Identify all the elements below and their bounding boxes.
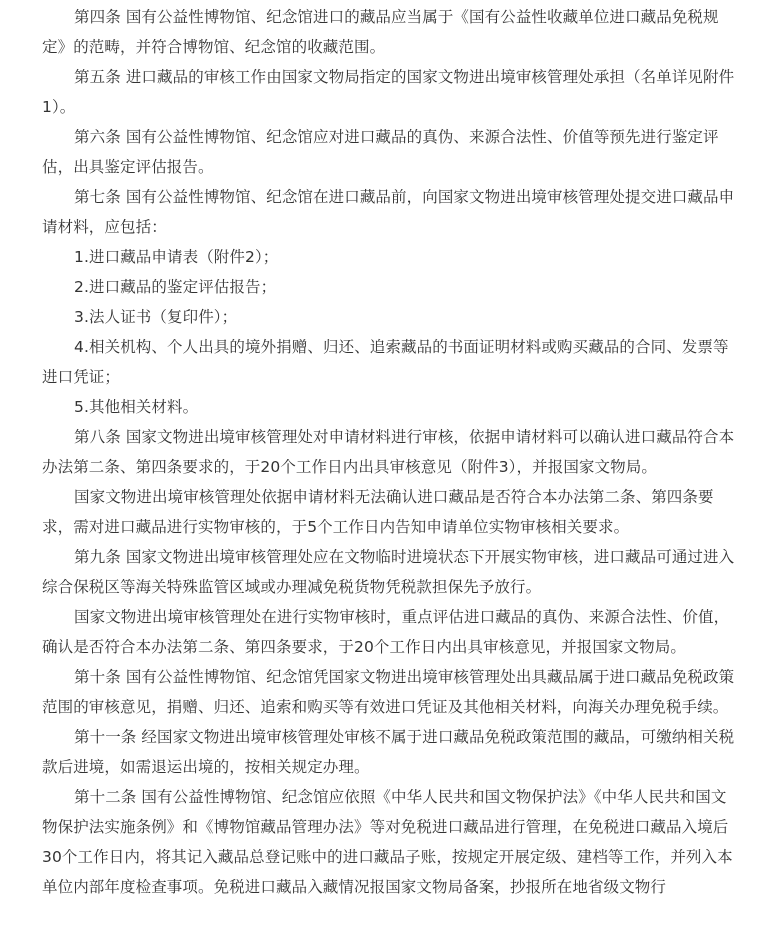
article-body: 第四条 国有公益性博物馆、纪念馆进口的藏品应当属于《国有公益性收藏单位进口藏品免… (42, 2, 742, 902)
list-item-5: 5.其他相关材料。 (42, 392, 742, 422)
list-item-4: 4.相关机构、个人出具的境外捐赠、归还、追索藏品的书面证明材料或购买藏品的合同、… (42, 332, 742, 392)
paragraph-article-12: 第十二条 国有公益性博物馆、纪念馆应依照《中华人民共和国文物保护法》《中华人民共… (42, 782, 742, 902)
list-item-1: 1.进口藏品申请表（附件2）； (42, 242, 742, 272)
paragraph-article-6: 第六条 国有公益性博物馆、纪念馆应对进口藏品的真伪、来源合法性、价值等预先进行鉴… (42, 122, 742, 182)
paragraph-article-4: 第四条 国有公益性博物馆、纪念馆进口的藏品应当属于《国有公益性收藏单位进口藏品免… (42, 2, 742, 62)
paragraph-article-8-cont: 国家文物进出境审核管理处依据申请材料无法确认进口藏品是否符合本办法第二条、第四条… (42, 482, 742, 542)
paragraph-article-9-cont: 国家文物进出境审核管理处在进行实物审核时，重点评估进口藏品的真伪、来源合法性、价… (42, 602, 742, 662)
list-item-2: 2.进口藏品的鉴定评估报告； (42, 272, 742, 302)
paragraph-article-9: 第九条 国家文物进出境审核管理处应在文物临时进境状态下开展实物审核，进口藏品可通… (42, 542, 742, 602)
paragraph-article-5: 第五条 进口藏品的审核工作由国家文物局指定的国家文物进出境审核管理处承担（名单详… (42, 62, 742, 122)
paragraph-article-11: 第十一条 经国家文物进出境审核管理处审核不属于进口藏品免税政策范围的藏品，可缴纳… (42, 722, 742, 782)
paragraph-article-8: 第八条 国家文物进出境审核管理处对申请材料进行审核，依据申请材料可以确认进口藏品… (42, 422, 742, 482)
paragraph-article-7: 第七条 国有公益性博物馆、纪念馆在进口藏品前，向国家文物进出境审核管理处提交进口… (42, 182, 742, 242)
paragraph-article-10: 第十条 国有公益性博物馆、纪念馆凭国家文物进出境审核管理处出具藏品属于进口藏品免… (42, 662, 742, 722)
list-item-3: 3.法人证书（复印件）； (42, 302, 742, 332)
